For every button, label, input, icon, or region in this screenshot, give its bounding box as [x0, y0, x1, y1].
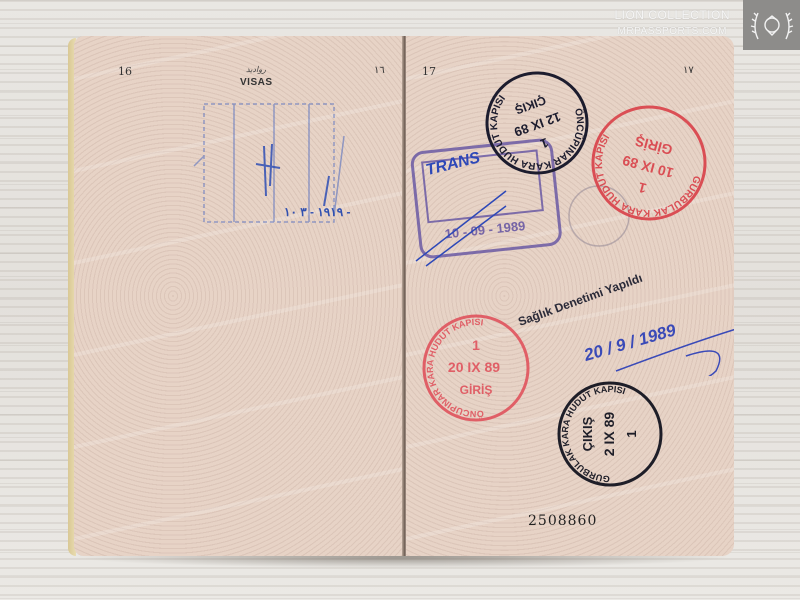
page-number-arabic: ١٦	[374, 65, 385, 76]
visas-heading: VISAS	[240, 77, 273, 88]
entry-stamp-oncupinar: ÖNCÜPINAR KARA HUDUT KAPISI 1 20 IX 89 G…	[416, 308, 536, 428]
watermark-title: LION COLLECTION	[614, 8, 730, 22]
svg-text:ÇIKIŞ: ÇIKIŞ	[513, 93, 548, 117]
svg-text:1: 1	[472, 337, 480, 353]
open-passport: 16 رواديد VISAS ١٦ ١٩١٩ - ٣ ١٠ - 17 ١٧	[68, 36, 734, 558]
exit-stamp-oncupinar: ÖNCÜPINAR KARA HUDUT KAPISI 1 12 IX 89 Ç…	[482, 68, 592, 178]
svg-text:ÇIKIŞ: ÇIKIŞ	[580, 416, 595, 451]
svg-text:GİRİŞ: GİRİŞ	[633, 133, 674, 158]
svg-text:1: 1	[538, 135, 550, 152]
faded-visa-stamp: ١٩١٩ - ٣ ١٠ -	[184, 96, 364, 236]
entry-stamp-red: GÜRBULAK KARA HUDUT KAPISI 1 10 IX 89 Gİ…	[584, 98, 714, 228]
health-check-stamp: Sağlık Denetimi Yapıldı 20 / 9 / 1989	[516, 246, 734, 376]
svg-text:1: 1	[624, 430, 639, 437]
lion-laurel-icon	[743, 0, 800, 50]
svg-text:20 / 9 / 1989: 20 / 9 / 1989	[581, 320, 679, 365]
right-page: 17 ١٧ 10 - 09 - 1989 TRANS ÖNCÜPINAR KAR…	[406, 36, 734, 556]
svg-text:2 IX 89: 2 IX 89	[601, 412, 617, 457]
svg-text:1: 1	[636, 179, 648, 197]
page-number-arabic: ١٧	[683, 65, 694, 76]
page-number: 16	[118, 65, 132, 78]
svg-text:GİRİŞ: GİRİŞ	[460, 382, 493, 397]
svg-text:20 IX 89: 20 IX 89	[448, 359, 500, 375]
exit-stamp-gurbulak: GÜRBULAK KARA HUDUT KAPISI ÇIKIŞ 2 IX 89…	[552, 376, 668, 492]
visas-heading-arabic: رواديد	[246, 65, 266, 74]
watermark: LION COLLECTION MRPASSPORTS.COM	[614, 8, 730, 37]
passport-serial-number: 2508860	[528, 513, 597, 529]
transit-handwriting: TRANS	[424, 149, 482, 179]
page-number: 17	[422, 65, 436, 78]
handwritten-date: ١٩١٩ - ٣ ١٠ -	[284, 205, 350, 219]
left-page: 16 رواديد VISAS ١٦ ١٩١٩ - ٣ ١٠ -	[74, 36, 404, 556]
